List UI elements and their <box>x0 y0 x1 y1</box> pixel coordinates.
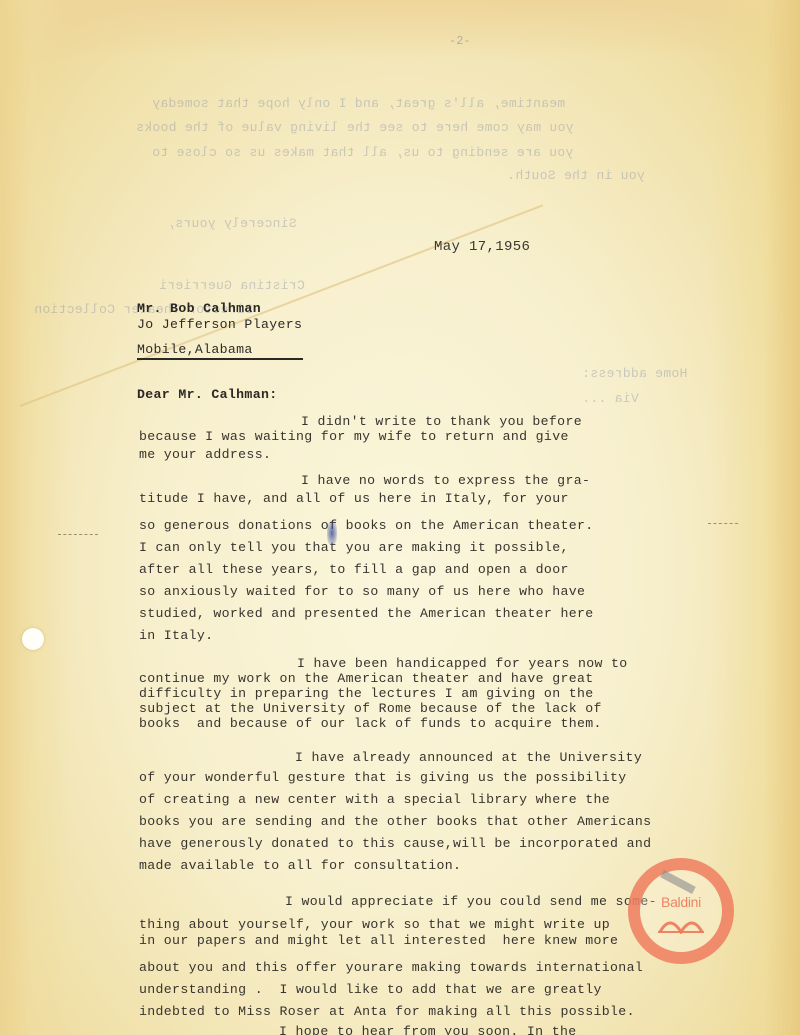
letter-date: May 17,1956 <box>434 240 530 254</box>
paragraph-line: indebted to Miss Roser at Anta for makin… <box>139 1001 657 1023</box>
paragraph-line: books you are sending and the other book… <box>139 811 651 833</box>
paper-stain-top <box>0 0 800 60</box>
book-icon <box>660 870 696 894</box>
paragraph-3: I have been handicapped for years now to… <box>139 656 628 731</box>
paragraph-line: so anxiously waited for to so many of us… <box>139 581 594 603</box>
paragraph-line: because I was waiting for my wife to ret… <box>139 429 582 444</box>
bleed-through-line: meantime, all's great, and I only hope t… <box>152 96 565 111</box>
bleed-through-line: you in the South. <box>507 168 645 183</box>
margin-mark-left <box>58 534 98 536</box>
arches-icon <box>658 914 704 934</box>
paragraph-line: I hope to hear from you soon. In the <box>139 1023 657 1035</box>
margin-mark-right <box>708 523 738 525</box>
baldini-stamp: Baldini <box>628 858 734 964</box>
ink-blot <box>327 521 337 545</box>
bleed-through-line: Via ... <box>582 391 639 406</box>
paragraph-line: I can only tell you that you are making … <box>139 537 594 559</box>
bleed-through-line: Sincerely yours, <box>167 216 297 231</box>
paragraph-5: I would appreciate if you could send me … <box>139 891 657 1035</box>
bleed-through-line: Cristina Guerrieri <box>159 278 305 293</box>
recipient-name: Mr. Bob Calhman <box>137 302 261 315</box>
paper-stain-left <box>0 0 70 1035</box>
paragraph-line: understanding . I would like to add that… <box>139 979 657 1001</box>
paragraph-line: I have been handicapped for years now to <box>139 656 628 671</box>
paragraph-line: about you and this offer yourare making … <box>139 957 657 979</box>
paragraph-line: I have no words to express the gra- <box>139 472 594 490</box>
paragraph-line: in Italy. <box>139 625 594 647</box>
paragraph-line: subject at the University of Rome becaus… <box>139 701 628 716</box>
salutation: Dear Mr. Calhman: <box>137 388 277 401</box>
paragraph-line: difficulty in preparing the lectures I a… <box>139 686 628 701</box>
paragraph-line: I didn't write to thank you before <box>139 414 582 429</box>
paragraph-line: of creating a new center with a special … <box>139 789 651 811</box>
bleed-through-line: you may come here to see the living valu… <box>136 120 573 135</box>
paragraph-4: I have already announced at the Universi… <box>139 749 651 877</box>
bleed-through-line: you are sending to us, all that makes us… <box>152 145 573 160</box>
stamp-label: Baldini <box>640 894 722 910</box>
page-number-marker: -2- <box>449 34 471 48</box>
recipient-city: Mobile,Alabama <box>137 343 303 360</box>
punch-hole <box>22 628 44 650</box>
paragraph-line: I have already announced at the Universi… <box>139 749 651 767</box>
recipient-organization: Jo Jefferson Players <box>137 318 302 331</box>
paragraph-line: have generously donated to this cause,wi… <box>139 833 651 855</box>
paragraph-line: books and because of our lack of funds t… <box>139 716 628 731</box>
paragraph-line: me your address. <box>139 447 582 462</box>
paragraph-line: thing about yourself, your work so that … <box>139 917 657 933</box>
paragraph-line: made available to all for consultation. <box>139 855 651 877</box>
paragraph-line: of your wonderful gesture that is giving… <box>139 767 651 789</box>
paragraph-line: studied, worked and presented the Americ… <box>139 603 594 625</box>
paragraph-1: I didn't write to thank you before becau… <box>139 414 582 462</box>
paragraph-line: continue my work on the American theater… <box>139 671 628 686</box>
paragraph-2: I have no words to express the gra- titu… <box>139 472 594 647</box>
paragraph-line: in our papers and might let all interest… <box>139 933 657 957</box>
bleed-through-line: Home address: <box>582 366 687 381</box>
paragraph-line: titude I have, and all of us here in Ita… <box>139 490 594 515</box>
paragraph-line: after all these years, to fill a gap and… <box>139 559 594 581</box>
paragraph-line: I would appreciate if you could send me … <box>139 891 657 917</box>
paragraph-line: so generous donations of books on the Am… <box>139 515 594 537</box>
